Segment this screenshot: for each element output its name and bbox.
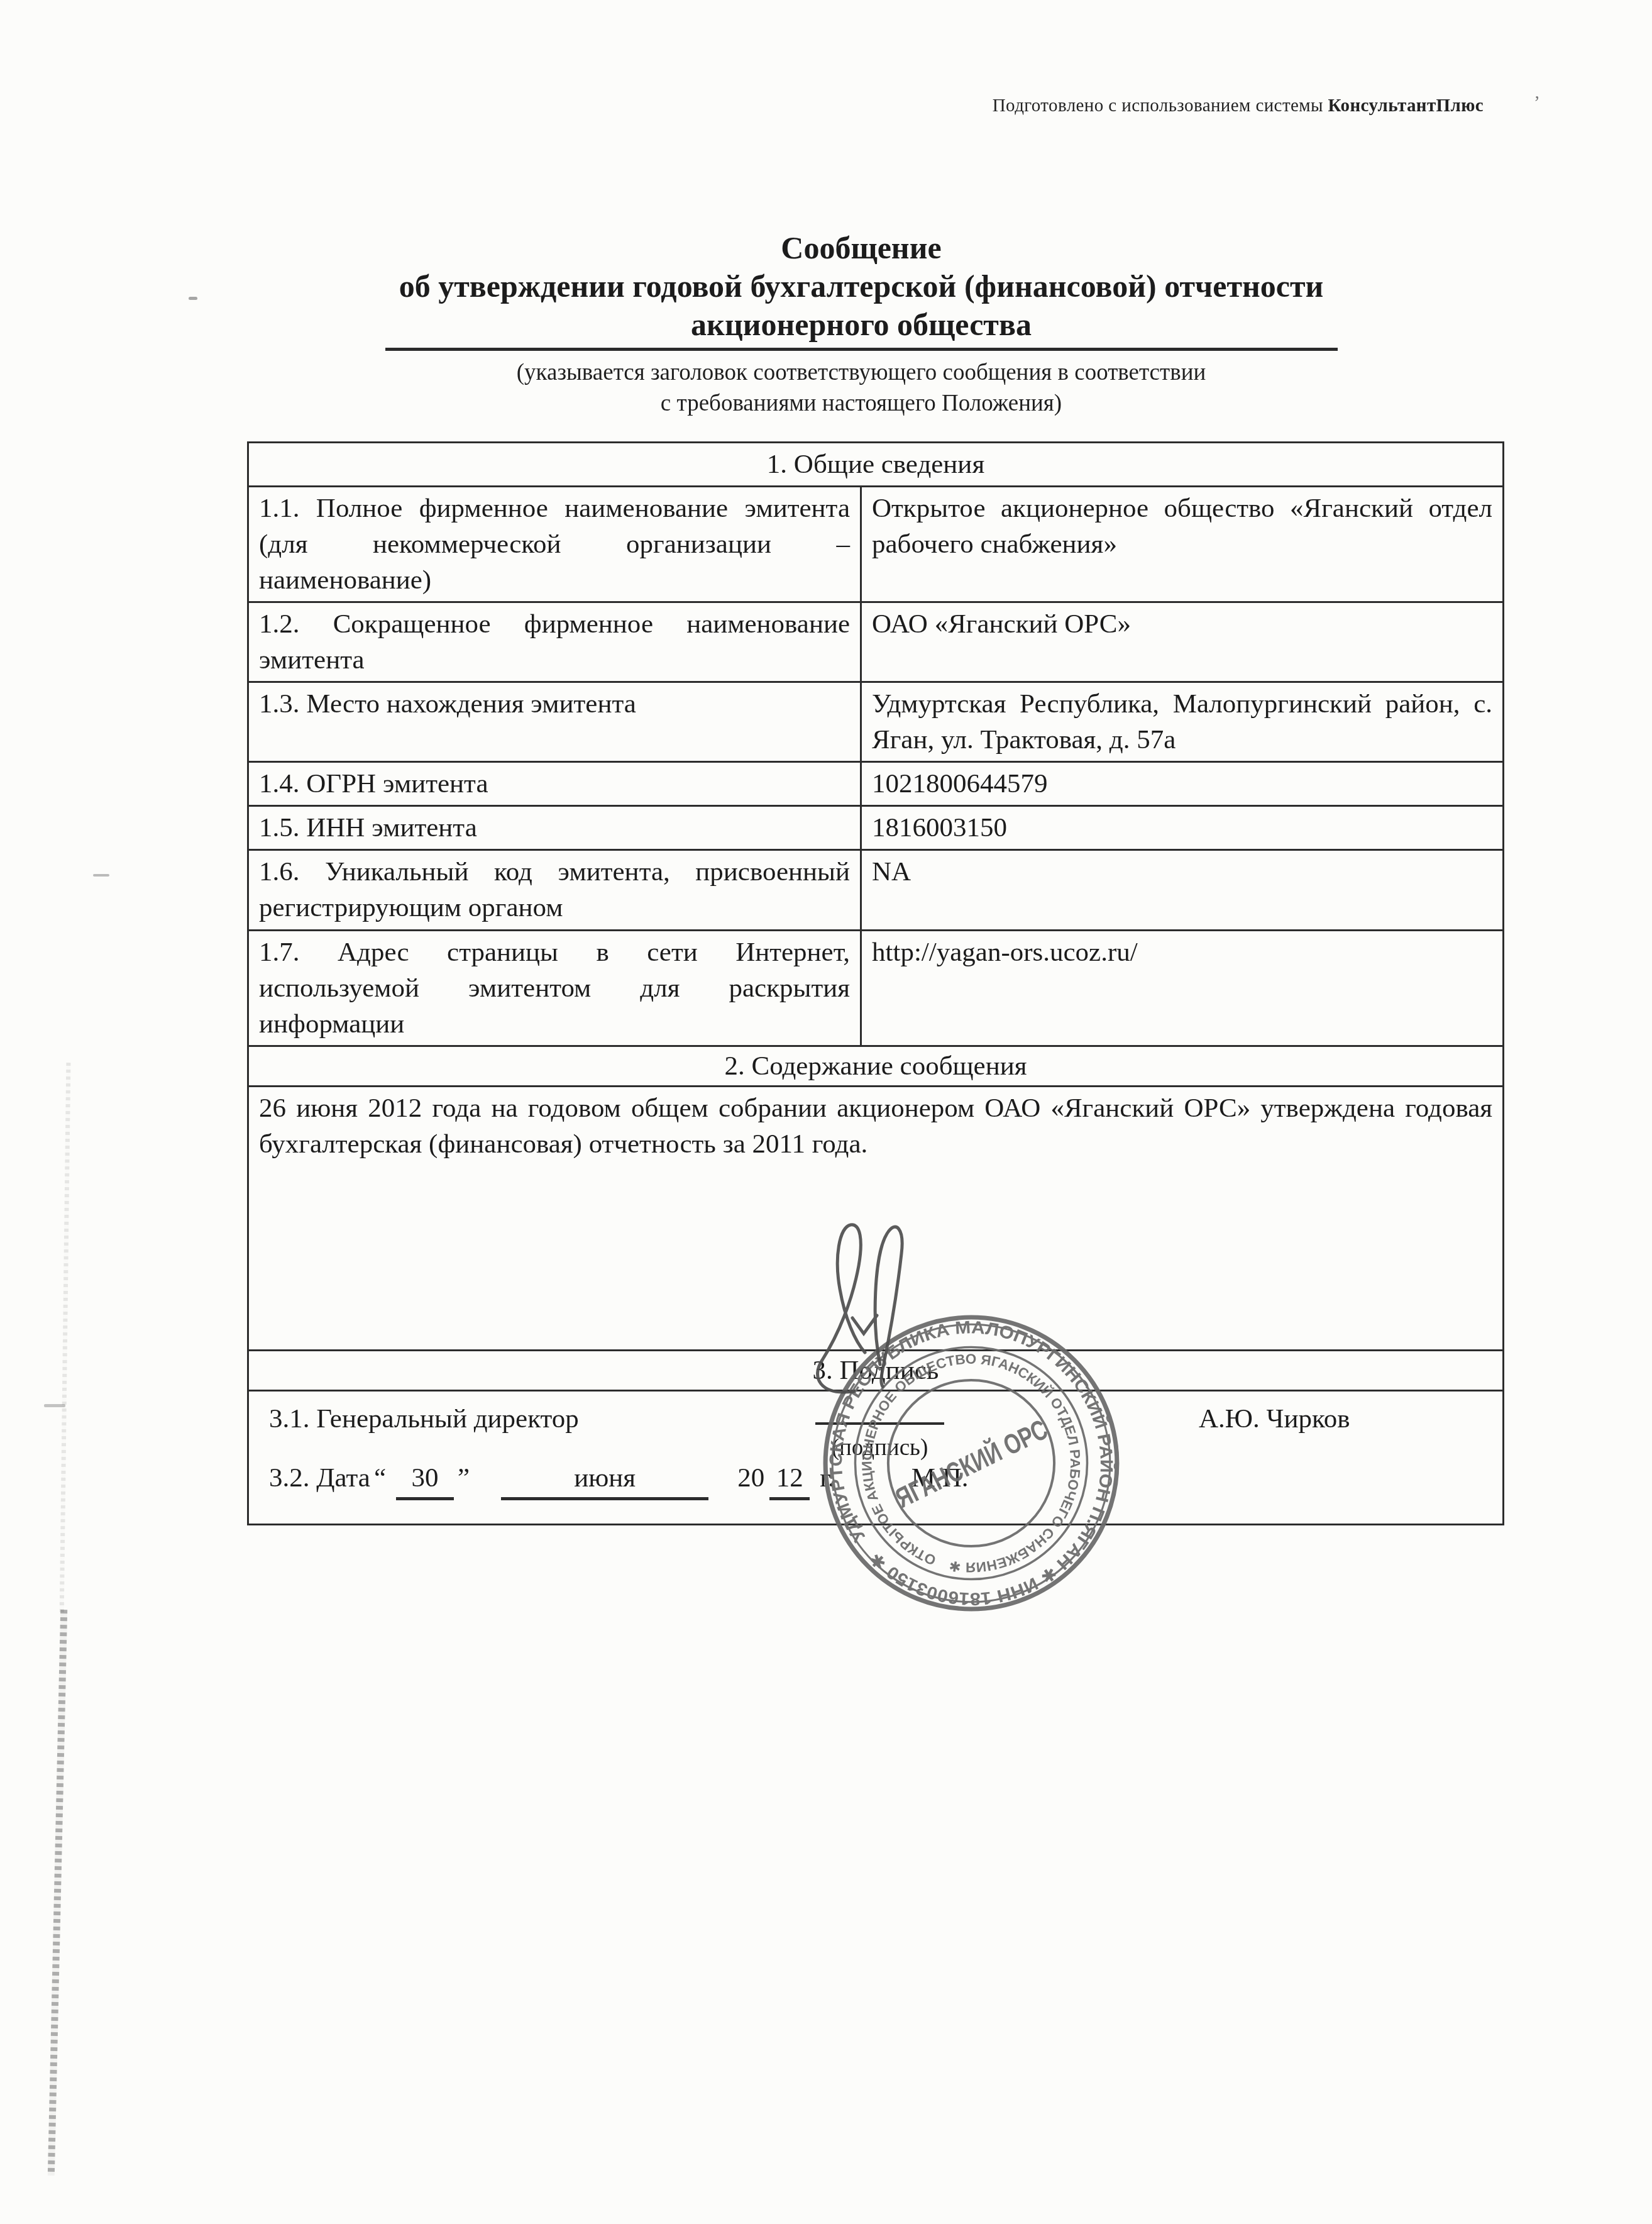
consultantplus-brand: КонсультантПлюс <box>1328 96 1484 116</box>
director-name: А.Ю. Чирков <box>1199 1401 1350 1437</box>
date-century: 20 <box>737 1460 764 1496</box>
table-row: 1.5. ИНН эмитента 1816003150 <box>248 806 1504 850</box>
row-1-4-label: 1.4. ОГРН эмитента <box>248 762 861 806</box>
title-underline <box>385 348 1338 351</box>
title-caption-line1: (указывается заголовок соответствующего … <box>220 357 1502 388</box>
row-1-1-value: Открытое акционерное общество «Яганский … <box>861 487 1504 602</box>
date-year: 12 <box>769 1460 810 1500</box>
row-1-2-label: 1.2. Сокращенное фирменное наименование … <box>248 602 861 682</box>
row-1-7-label: 1.7. Адрес страницы в сети Интернет, исп… <box>248 931 861 1046</box>
row-1-7-value: http://yagan-ors.ucoz.ru/ <box>861 931 1504 1046</box>
row-1-4-value: 1021800644579 <box>861 762 1504 806</box>
row-1-6-label: 1.6. Уникальный код эмитента, присвоенны… <box>248 850 861 931</box>
row-1-5-label: 1.5. ИНН эмитента <box>248 806 861 850</box>
page-title: Сообщение <box>220 229 1502 267</box>
stamp-center-text: ЯГАНСКИЙ ОРС <box>890 1413 1052 1514</box>
open-quote: “ <box>374 1460 386 1496</box>
document-title-block: Сообщение об утверждении годовой бухгалт… <box>220 229 1502 419</box>
row-1-5-value: 1816003150 <box>861 806 1504 850</box>
consultantplus-note: Подготовлено с использованием системы Ко… <box>993 96 1484 116</box>
row-1-6-value: NA <box>861 850 1504 931</box>
scan-artifact <box>48 1610 67 2176</box>
director-role: 3.1. Генеральный директор <box>269 1401 579 1437</box>
scan-artifact: ’ <box>1534 92 1540 113</box>
table-row: 1.1. Полное фирменное наименование эмите… <box>248 487 1504 602</box>
consultantplus-note-prefix: Подготовлено с использованием системы <box>993 96 1328 116</box>
page-title-line3: акционерного общества <box>220 306 1502 344</box>
table-row: 1.3. Место нахождения эмитента Удмуртска… <box>248 682 1504 762</box>
table-row: 1.4. ОГРН эмитента 1021800644579 <box>248 762 1504 806</box>
table-row: 1.7. Адрес страницы в сети Интернет, исп… <box>248 931 1504 1046</box>
scanned-document-page: Подготовлено с использованием системы Ко… <box>0 0 1652 2224</box>
section-2-header: 2. Содержание сообщения <box>248 1046 1504 1087</box>
section-1-header: 1. Общие сведения <box>248 443 1504 487</box>
table-row: 1.6. Уникальный код эмитента, присвоенны… <box>248 850 1504 931</box>
page-title-line2: об утверждении годовой бухгалтерской (фи… <box>220 267 1502 306</box>
scan-artifact <box>60 1063 71 1616</box>
row-1-3-value: Удмуртская Республика, Малопургинский ра… <box>861 682 1504 762</box>
scan-artifact <box>44 1404 65 1407</box>
table-row: 1.2. Сокращенное фирменное наименование … <box>248 602 1504 682</box>
date-month: июня <box>501 1460 708 1500</box>
date-day: 30 <box>396 1460 454 1500</box>
close-quote: ” <box>458 1460 470 1496</box>
scan-artifact <box>93 874 109 877</box>
date-label: 3.2. Дата <box>269 1460 370 1496</box>
row-1-1-label: 1.1. Полное фирменное наименование эмите… <box>248 487 861 602</box>
handwritten-signature <box>778 1206 948 1401</box>
title-caption-line2: с требованиями настоящего Положения) <box>220 388 1502 419</box>
scan-artifact <box>189 297 197 300</box>
row-1-2-value: ОАО «Яганский ОРС» <box>861 602 1504 682</box>
row-1-3-label: 1.3. Место нахождения эмитента <box>248 682 861 762</box>
